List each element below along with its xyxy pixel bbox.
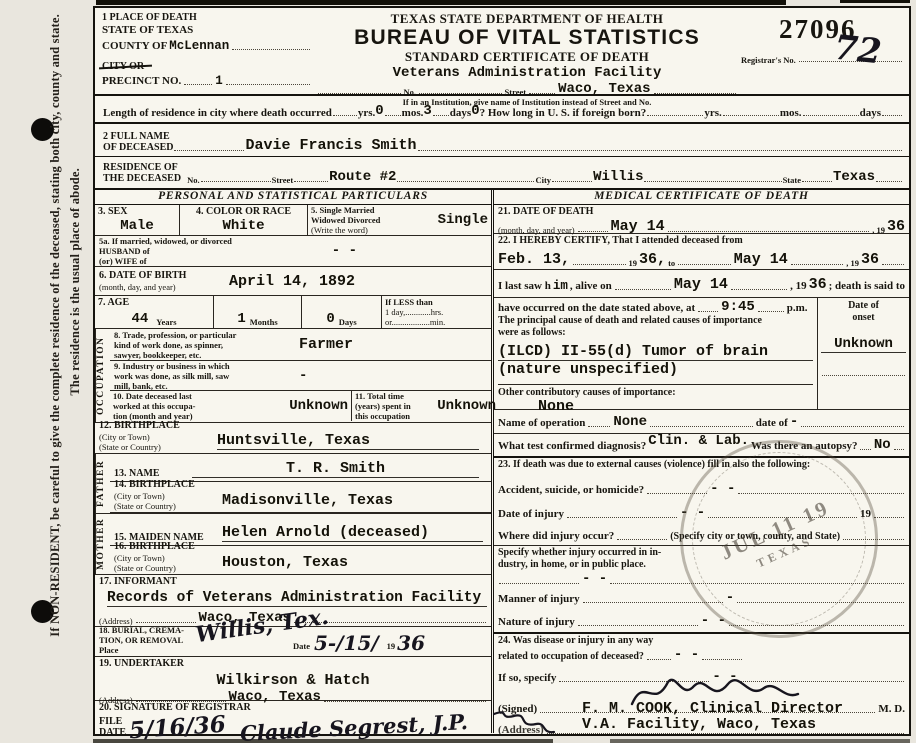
test-autopsy-row: What test confirmed diagnosis? Clin. & L… <box>494 434 909 458</box>
onset-label-2: onset <box>818 312 909 324</box>
operation-dateof-value: - <box>790 414 798 430</box>
test-value: Clin. & Lab. <box>648 433 749 449</box>
county-value: McLennan <box>169 39 229 53</box>
field-23-external: 23. If death was due to external causes … <box>494 458 909 476</box>
field-8-trade: 8. Trade, profession, or particular kind… <box>110 329 491 361</box>
mos2-label: mos. <box>780 107 802 119</box>
res-no-label: No. <box>187 175 200 185</box>
injury-manner-value: - <box>726 590 734 606</box>
residence-row: RESIDENCE OF THE DECEASED No. Street Rou… <box>95 157 909 190</box>
injury-specify-label-1: Specify whether injury occurred in in- <box>498 547 905 559</box>
accident-value: - - <box>710 481 735 497</box>
dotted-leader <box>647 491 707 494</box>
totaltime-label-2: (years) spent in <box>355 401 437 411</box>
spouse-value: - - <box>332 243 357 259</box>
date-of-death-year: 36 <box>887 218 905 235</box>
injury-nature-row: Nature of injury - - <box>494 610 909 634</box>
dotted-leader <box>529 91 555 94</box>
mother-maiden-value: Helen Arnold (deceased) <box>222 524 483 542</box>
age-months-cell: 1 Months <box>213 296 301 328</box>
injury-manner-label: Manner of injury <box>498 593 580 606</box>
state-of-texas-label: STATE OF TEXAS <box>102 24 311 37</box>
age-years-value: 44 <box>131 311 148 327</box>
header-center-block: TEXAS STATE DEPARTMENT OF HEALTH BUREAU … <box>313 8 741 94</box>
lastsaw-year: 36 <box>809 276 827 293</box>
injury-nature-label: Nature of injury <box>498 616 575 629</box>
father-birthplace-value: Madisonville, Texas <box>222 492 393 509</box>
foreign-born-label: ? How long in U. S. if foreign born? <box>480 107 647 119</box>
if-so-specify-label: If so, specify <box>498 672 556 685</box>
dotted-leader <box>801 424 904 427</box>
burial-label-1: 18. BURIAL, CREMA- <box>99 625 207 635</box>
field-5-marital: 5. Single Married Widowed Divorced (Writ… <box>307 205 491 235</box>
margin-note-line1: If NON-RESIDENT, be careful to give the … <box>48 14 63 637</box>
physician-address-typed: V.A. Facility, Waco, Texas <box>582 716 816 733</box>
test-label: What test confirmed diagnosis? <box>498 440 646 453</box>
scan-artifact-top <box>96 0 786 5</box>
dotted-leader <box>578 623 698 626</box>
marital-label-3: (Write the word) <box>311 225 438 235</box>
totaltime-value: Unknown <box>437 398 496 414</box>
dob-label: 6. DATE OF BIRTH <box>99 270 229 282</box>
operation-label: Name of operation <box>498 417 585 430</box>
personal-column: PERSONAL AND STATISTICAL PARTICULARS 3. … <box>95 190 491 733</box>
columns-container: PERSONAL AND STATISTICAL PARTICULARS 3. … <box>95 190 909 733</box>
res-city-value: Willis <box>593 169 643 185</box>
marital-label-1: 5. Single Married <box>311 205 438 215</box>
personal-section-title: PERSONAL AND STATISTICAL PARTICULARS <box>95 190 491 205</box>
injury-date-value: - - <box>680 505 705 521</box>
race-value: White <box>183 218 304 234</box>
dotted-leader <box>647 113 703 116</box>
external-causes-label: 23. If death was due to external causes … <box>498 459 905 471</box>
medical-section-title: MEDICAL CERTIFICATE OF DEATH <box>494 190 909 205</box>
cause-intro-2: were as follows: <box>498 327 813 339</box>
lastworked-label-2: worked at this occupa- <box>113 401 289 411</box>
cause-intro-1: The principal cause of death and related… <box>498 315 813 327</box>
date-of-onset-cell: Date of onset Unknown <box>817 298 909 409</box>
age-label: 7. AGE <box>98 297 210 309</box>
handwritten-initials-scrawl <box>488 706 558 740</box>
dotted-leader <box>731 287 787 290</box>
trade-label-2: kind of work done, as spinner, <box>114 340 299 350</box>
certify-to-label: to <box>668 258 675 268</box>
certify-label: 22. I HEREBY CERTIFY, That I attended de… <box>498 235 905 247</box>
field-10-lastworked: 10. Date deceased last worked at this oc… <box>110 391 351 421</box>
date-of-death-label: 21. DATE OF DEATH <box>498 206 905 218</box>
physician-address-row: (Address) V.A. Facility, Waco, Texas <box>494 718 909 740</box>
mother-birthplace-sub2: (State or Country) <box>114 563 218 573</box>
res-state-value: Texas <box>833 169 875 185</box>
dotted-leader <box>723 113 779 116</box>
dotted-leader <box>644 179 781 182</box>
registrar-no-label: Registrar's No. <box>741 55 796 65</box>
age-months-label: Months <box>250 317 278 327</box>
precinct-no-label: PRECINCT NO. <box>102 75 181 88</box>
dotted-leader <box>803 113 859 116</box>
occurred-label: have occurred on the date stated above, … <box>498 302 695 315</box>
industry-label-2: work was done, as silk mill, saw <box>114 371 299 381</box>
dob-value: April 14, 1892 <box>229 273 355 290</box>
injury-where-note: (Specify city or town, county, and State… <box>670 531 840 543</box>
field-9-industry: 9. Industry or business in which work wa… <box>110 361 491 391</box>
age-years-cell: 7. AGE 44 Years <box>95 296 213 328</box>
lastworked-value: Unknown <box>289 398 348 414</box>
marital-label-2: Widowed Divorced <box>311 215 438 225</box>
yrs2-label: yrs. <box>704 107 721 119</box>
date-of-death-value: May 14 <box>611 218 665 235</box>
spouse-label-2: HUSBAND of <box>99 246 332 256</box>
dotted-leader <box>668 229 870 232</box>
dotted-leader <box>333 113 357 116</box>
sex-value: Male <box>98 218 176 234</box>
death-certificate-scan: If NON-RESIDENT, be careful to give the … <box>0 0 916 743</box>
undertaker-value: Wilkirson & Hatch <box>99 672 487 689</box>
age-less-1: If LESS than <box>385 297 488 307</box>
dotted-leader <box>874 515 904 518</box>
sex-label: 3. SEX <box>98 206 176 218</box>
burial-date-label: Date <box>293 641 310 651</box>
dotted-leader <box>822 375 905 376</box>
field-10-11: 10. Date deceased last worked at this oc… <box>110 391 491 421</box>
cause-value-line2: (nature unspecified) <box>498 361 813 378</box>
registrar-no-handwritten: 72 <box>832 28 883 73</box>
certify-19b: , 19 <box>846 258 859 268</box>
field-24-occupation-related: 24. Was disease or injury in any way rel… <box>494 634 909 666</box>
certify-19a: 19 <box>629 258 638 268</box>
age-less-3: or..................min. <box>385 317 488 327</box>
field-3-sex: 3. SEX Male <box>95 205 179 235</box>
mother-birthplace-value: Houston, Texas <box>222 554 348 571</box>
father-birthplace-sub2: (State or Country) <box>114 501 218 511</box>
birthplace-sub2: (State or Country) <box>99 442 209 452</box>
place-of-death-label: 1 PLACE OF DEATH <box>102 12 311 24</box>
dotted-leader <box>419 91 502 94</box>
file-date-handwritten: 5/16/36 <box>128 710 226 743</box>
full-name-row: 2 FULL NAME OF DECEASED Davie Francis Sm… <box>95 124 909 157</box>
dotted-leader <box>578 229 608 232</box>
field-16-mother-birthplace: 16. BIRTHPLACE (City or Town) (State or … <box>110 546 491 575</box>
dotted-leader <box>882 113 902 116</box>
length-label: Length of residence in city where death … <box>103 107 332 119</box>
res-street-value: Route #2 <box>329 169 396 185</box>
injury-date-label: Date of injury <box>498 508 564 521</box>
injury-date-row: Date of injury - - 19 <box>494 500 909 524</box>
lastsaw-label-2: , alive on <box>570 280 612 293</box>
dob-sub-label: (month, day, and year) <box>99 282 229 292</box>
cause-of-death-block: have occurred on the date stated above, … <box>494 298 909 410</box>
dotted-leader <box>791 262 844 265</box>
residence-label2: THE DECEASED <box>103 173 181 184</box>
dotted-leader <box>174 148 244 151</box>
field-11-totaltime: 11. Total time (years) spent in this occ… <box>351 391 491 421</box>
dotted-leader <box>758 309 784 312</box>
burial-label-2: TION, OR REMOVAL <box>99 635 207 645</box>
birthplace-sub1: (City or Town) <box>99 432 209 442</box>
dotted-leader <box>226 82 310 85</box>
physician-name-typed: F. M. COOK, Clinical Director <box>582 700 843 717</box>
mother-birthplace-sub1: (City or Town) <box>114 553 218 563</box>
county-of-label: COUNTY OF <box>102 40 167 53</box>
res-state-label: State <box>783 175 801 185</box>
operation-value: None <box>613 414 647 430</box>
dotted-leader <box>702 657 742 660</box>
father-side-label: FATHER <box>95 454 110 513</box>
dotted-leader <box>567 515 677 518</box>
lastworked-label-1: 10. Date deceased last <box>113 391 289 401</box>
autopsy-value: No <box>874 437 891 453</box>
bureau-title: BUREAU OF VITAL STATISTICS <box>313 27 741 49</box>
dotted-leader <box>737 600 904 603</box>
lastsaw-value: May 14 <box>674 276 728 293</box>
field-5a-spouse: 5a. If married, widowed, or divorced HUS… <box>95 236 491 267</box>
injury-specify-label-2: dustry, in home, or in public place. <box>498 559 905 571</box>
field-21-date-of-death: 21. DATE OF DEATH (month, day, and year)… <box>494 205 909 234</box>
dotted-leader <box>615 287 671 290</box>
full-name-label2: OF DECEASED <box>103 142 173 153</box>
age-less-2: 1 day,............hrs. <box>385 307 488 317</box>
burial-year-handwritten: 36 <box>397 631 425 655</box>
registrar-signature-handwritten: Claude Segrest, J.P. <box>239 709 468 743</box>
days-label: days <box>450 107 471 119</box>
lastsaw-label-3: ; death is said to <box>829 280 905 293</box>
onset-value: Unknown <box>821 336 906 353</box>
department-title: TEXAS STATE DEPARTMENT OF HEALTH <box>313 11 741 27</box>
dotted-leader <box>708 515 857 518</box>
dotted-leader <box>617 537 667 540</box>
operation-row: Name of operation None date of - <box>494 410 909 434</box>
occupation-group: OCCUPATION 8. Trade, profession, or part… <box>95 329 491 423</box>
dotted-leader <box>647 657 671 660</box>
institution-typed: Veterans Administration Facility <box>313 65 741 81</box>
accident-row: Accident, suicide, or homicide? - - <box>494 476 909 500</box>
dotted-leader <box>802 179 832 182</box>
dotted-leader <box>894 447 904 450</box>
occupation-side-label: OCCUPATION <box>95 329 110 422</box>
burial-year-printed: 19 <box>387 641 396 651</box>
medical-column: MEDICAL CERTIFICATE OF DEATH 21. DATE OF… <box>491 190 909 733</box>
mother-side-label: MOTHER <box>95 514 110 574</box>
res-city-label: City <box>535 175 551 185</box>
dotted-leader <box>136 620 196 623</box>
certificate-title: STANDARD CERTIFICATE OF DEATH <box>313 49 741 65</box>
days2-label: days <box>860 107 881 119</box>
certificate-form: 1 PLACE OF DEATH STATE OF TEXAS COUNTY O… <box>93 6 911 736</box>
dotted-leader <box>588 424 610 427</box>
last-saw-row: I last saw him, alive on May 14 , 1936; … <box>494 270 909 298</box>
field-4-race: 4. COLOR OR RACE White <box>179 205 307 235</box>
full-name-label1: 2 FULL NAME <box>103 131 173 142</box>
certificate-number: 27096 <box>741 14 909 45</box>
dotted-leader <box>882 262 904 265</box>
signed-md-label: M. D. <box>878 703 905 716</box>
date-label: DATE <box>99 727 129 739</box>
operation-dateof-label: date of <box>756 417 788 430</box>
full-name-value: Davie Francis Smith <box>245 137 416 154</box>
occupation-related-value: - - <box>674 647 699 663</box>
street-label: Street <box>505 87 527 97</box>
dotted-leader <box>678 262 731 265</box>
cause-value-line1: (ILCD) II-55(d) Tumor of brain <box>498 343 813 361</box>
injury-where-row: Where did injury occur? (Specify city or… <box>494 524 909 546</box>
autopsy-label: Was there an autopsy? <box>751 440 857 453</box>
field-22-certify: 22. I HEREBY CERTIFY, That I attended de… <box>494 234 909 270</box>
dotted-leader <box>876 179 902 182</box>
race-label: 4. COLOR OR RACE <box>183 206 304 218</box>
age-days-value: 0 <box>326 311 334 327</box>
field-3-4-5: 3. SEX Male 4. COLOR OR RACE White 5. Si… <box>95 205 491 236</box>
certify-year2: 36 <box>861 251 879 268</box>
father-birthplace-label: 14. BIRTHPLACE <box>114 479 218 491</box>
dotted-leader <box>843 537 904 540</box>
father-birthplace-sub1: (City or Town) <box>114 491 218 501</box>
dotted-leader <box>738 491 904 494</box>
dotted-leader <box>573 262 626 265</box>
field-19-undertaker: 19. UNDERTAKER Wilkirson & Hatch (Addres… <box>95 657 491 701</box>
age-less-cell: If LESS than 1 day,............hrs. or..… <box>381 296 491 328</box>
industry-value: - <box>299 368 307 384</box>
file-label: FILE <box>99 716 129 728</box>
occurred-time-value: 9:45 <box>721 299 755 315</box>
spouse-label-3: (or) WIFE of <box>99 256 332 266</box>
no-label: No. <box>404 87 417 97</box>
accident-label: Accident, suicide, or homicide? <box>498 484 644 497</box>
form-header: 1 PLACE OF DEATH STATE OF TEXAS COUNTY O… <box>95 8 909 96</box>
industry-label-3: mill, bank, etc. <box>114 381 299 391</box>
dotted-leader <box>385 113 401 116</box>
informant-label: 17. INFORMANT <box>99 576 487 588</box>
totaltime-label-1: 11. Total time <box>355 391 437 401</box>
injury-specify-row: Specify whether injury occurred in in- d… <box>494 546 909 584</box>
lastsaw-him-typed: im <box>553 279 568 293</box>
dotted-leader <box>397 179 534 182</box>
precinct-value: 1 <box>215 74 223 88</box>
dotted-leader <box>318 91 401 94</box>
occupation-related-label-2: related to occupation of deceased? <box>498 651 644 663</box>
lastsaw-19: , 19 <box>790 280 807 293</box>
age-years-label: Years <box>156 317 176 327</box>
dotted-leader <box>232 47 310 50</box>
certify-year1: 36, <box>639 251 666 268</box>
dotted-leader <box>729 623 904 626</box>
field-6-dob: 6. DATE OF BIRTH (month, day, and year) … <box>95 267 491 296</box>
informant-value: Records of Veterans Administration Facil… <box>107 590 487 607</box>
residence-label1: RESIDENCE OF <box>103 162 181 173</box>
field-13-father-name: 13. NAME T. R. Smith <box>110 454 491 482</box>
age-days-cell: 0 Days <box>301 296 381 328</box>
field-18-burial: 18. BURIAL, CREMA- TION, OR REMOVAL Plac… <box>95 627 491 657</box>
field-20-registrar: 20. SIGNATURE OF REGISTRAR FILE DATE 5/1… <box>95 701 491 741</box>
trade-value: Farmer <box>299 336 353 353</box>
dotted-leader <box>184 82 212 85</box>
field-12-birthplace: 12. BIRTHPLACE (City or Town) (State or … <box>95 423 491 454</box>
scan-artifact-top2 <box>840 0 910 3</box>
birthplace-value: Huntsville, Texas <box>217 432 479 450</box>
street-city-typed: Waco, Texas <box>558 81 650 97</box>
field-7-age: 7. AGE 44 Years 1 Months 0 Days If LESS … <box>95 296 491 329</box>
yrs-label: yrs. <box>358 107 375 119</box>
burial-date-handwritten: 5-/15/ <box>314 631 379 655</box>
onset-label-1: Date of <box>818 300 909 312</box>
header-right-block: 27096 Registrar's No. 72 <box>741 8 909 94</box>
dotted-leader <box>654 91 737 94</box>
undertaker-label: 19. UNDERTAKER <box>99 658 487 670</box>
mos-label: mos. <box>402 107 424 119</box>
totaltime-label-3: this occupation <box>355 411 437 421</box>
age-months-value: 1 <box>237 311 245 327</box>
dotted-leader <box>650 424 753 427</box>
trade-label-1: 8. Trade, profession, or particular <box>114 330 299 340</box>
father-group: FATHER 13. NAME T. R. Smith 14. BIRTHPLA… <box>95 454 491 514</box>
burial-label-3: Place <box>99 645 207 655</box>
industry-label-1: 9. Industry or business in which <box>114 361 299 371</box>
mother-group: MOTHER 15. MAIDEN NAME Helen Arnold (dec… <box>95 514 491 575</box>
occurred-ampm: p.m. <box>787 302 808 315</box>
occupation-related-label-1: 24. Was disease or injury in any way <box>498 635 905 647</box>
father-name-value: T. R. Smith <box>192 460 479 478</box>
field-14-father-birthplace: 14. BIRTHPLACE (City or Town) (State or … <box>110 482 491 513</box>
spouse-label-1: 5a. If married, widowed, or divorced <box>99 236 332 246</box>
marital-value: Single <box>438 212 488 228</box>
dotted-leader <box>418 148 902 151</box>
injury-nature-value: - - <box>701 613 726 629</box>
trade-label-3: sawyer, bookkeeper, etc. <box>114 350 299 360</box>
dotted-leader <box>698 309 718 312</box>
dotted-leader <box>552 179 592 182</box>
dotted-leader <box>860 447 870 450</box>
dotted-leader <box>294 179 328 182</box>
res-street-label: Street <box>272 175 294 185</box>
injury-where-label: Where did injury occur? <box>498 530 614 543</box>
mother-birthplace-label: 16. BIRTHPLACE <box>114 541 218 553</box>
city-or-label-struck: CITY OR <box>102 61 144 73</box>
injury-date-19: 19 <box>860 508 871 521</box>
injury-manner-row: Manner of injury - <box>494 584 909 610</box>
dotted-leader <box>583 600 723 603</box>
institution-note: If in an Institution, give name of Insti… <box>313 97 741 107</box>
dotted-leader <box>201 179 271 182</box>
lastsaw-label-1: I last saw h <box>498 280 551 293</box>
birthplace-label: 12. BIRTHPLACE <box>99 420 209 432</box>
place-of-death-block: 1 PLACE OF DEATH STATE OF TEXAS COUNTY O… <box>95 8 313 94</box>
age-days-label: Days <box>339 317 357 327</box>
certify-to-value: May 14 <box>734 251 788 268</box>
contributory-label: Other contributory causes of importance: <box>498 384 813 399</box>
margin-note-line2: The residence is the usual place of abod… <box>68 168 83 396</box>
certify-from-value: Feb. 13, <box>498 251 570 268</box>
dotted-leader <box>433 113 449 116</box>
